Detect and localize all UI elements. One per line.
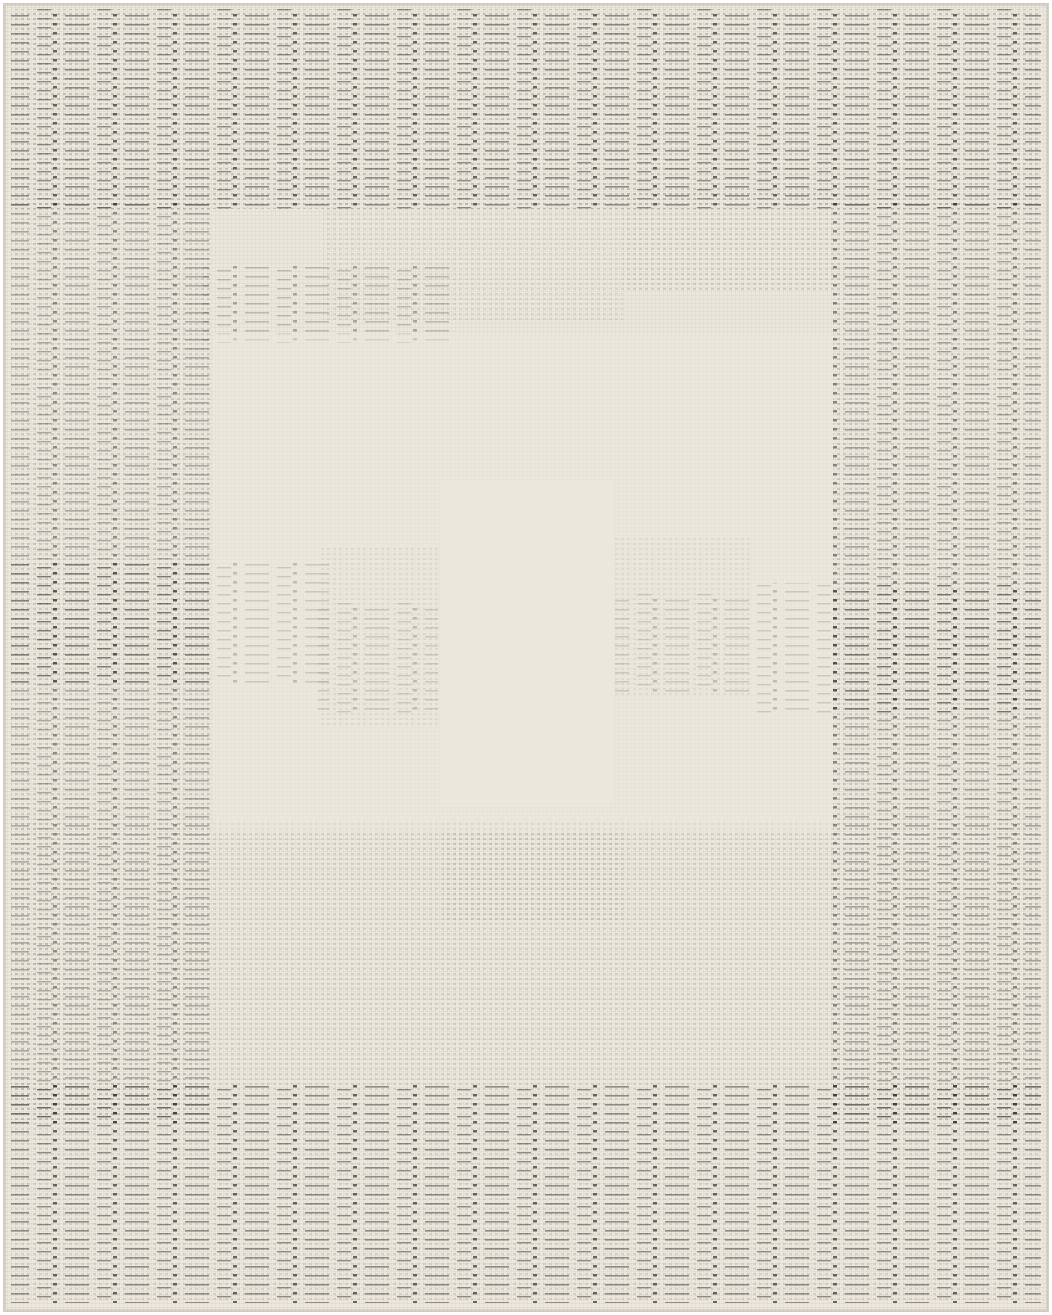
distressed-pattern xyxy=(3,3,1049,1312)
rug-photo xyxy=(3,3,1049,1312)
